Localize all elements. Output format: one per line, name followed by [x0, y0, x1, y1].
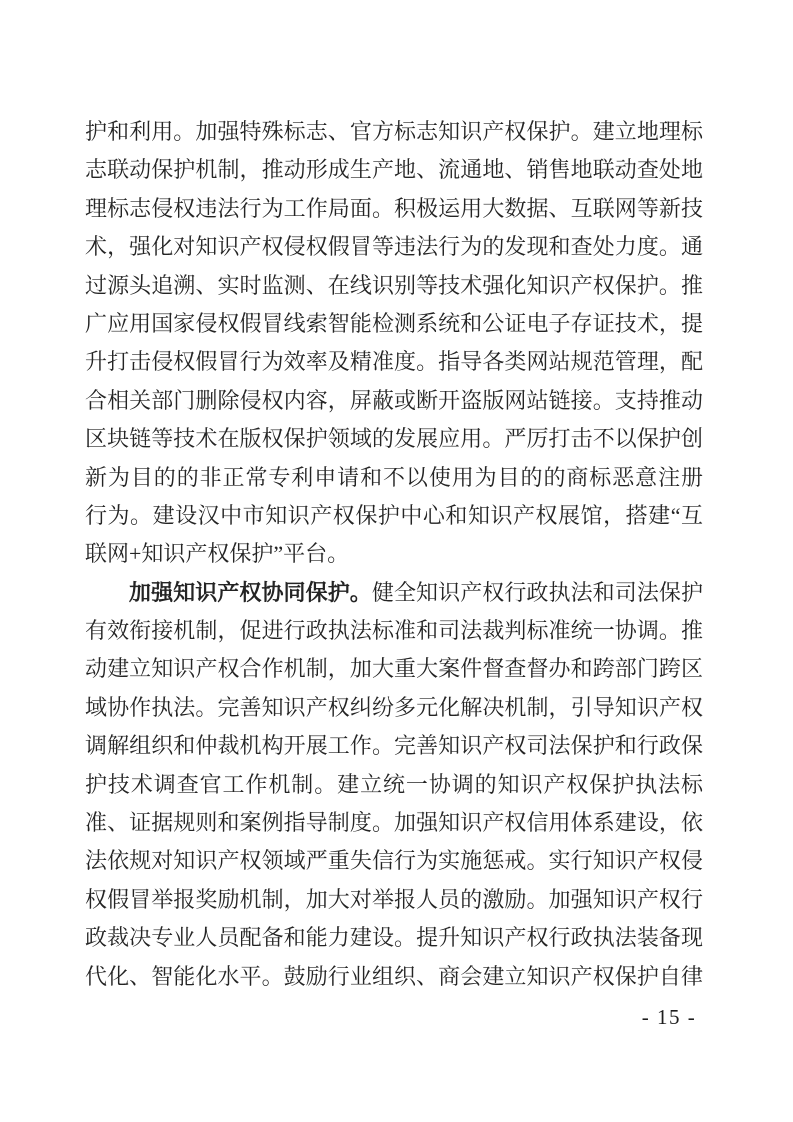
text-line: 广应用国家侵权假冒线索智能检测系统和公证电子存证技术，提 [85, 305, 703, 343]
text-line: 合相关部门删除侵权内容，屏蔽或断开盗版网站链接。支持推动 [85, 382, 703, 420]
text-line: 调解组织和仲裁机构开展工作。完善知识产权司法保护和行政保 [85, 727, 703, 765]
text-line: 护技术调查官工作机制。建立统一协调的知识产权保护执法标 [85, 766, 703, 804]
text-line: 政裁决专业人员配备和能力建设。提升知识产权行政执法装备现 [85, 919, 703, 957]
text-line: 有效衔接机制，促进行政执法标准和司法裁判标准统一协调。推 [85, 612, 703, 650]
paragraph-lead: 加强知识产权协同保护。 [129, 580, 372, 605]
text-line: 理标志侵权违法行为工作局面。积极运用大数据、互联网等新技 [85, 190, 703, 228]
text-line: 升打击侵权假冒行为效率及精准度。指导各类网站规范管理，配 [85, 343, 703, 381]
text-line: 区块链等技术在版权保护领域的发展应用。严厉打击不以保护创 [85, 420, 703, 458]
document-page: 护和利用。加强特殊标志、官方标志知识产权保护。建立地理标 志联动保护机制，推动形… [0, 0, 793, 1122]
text-line: 新为目的的非正常专利申请和不以使用为目的的商标恶意注册 [85, 459, 703, 497]
text-run: 健全知识产权行政执法和司法保护 [372, 580, 703, 605]
body-text: 护和利用。加强特殊标志、官方标志知识产权保护。建立地理标 志联动保护机制，推动形… [85, 113, 703, 996]
text-line: 术，强化对知识产权侵权假冒等违法行为的发现和查处力度。通 [85, 228, 703, 266]
page-number: - 15 - [593, 1004, 745, 1030]
text-line: 过源头追溯、实时监测、在线识别等技术强化知识产权保护。推 [85, 267, 703, 305]
text-line: 联网+知识产权保护”平台。 [85, 535, 703, 573]
text-line: 加强知识产权协同保护。健全知识产权行政执法和司法保护 [85, 574, 703, 612]
text-line: 法依规对知识产权领域严重失信行为实施惩戒。实行知识产权侵 [85, 842, 703, 880]
text-line: 护和利用。加强特殊标志、官方标志知识产权保护。建立地理标 [85, 113, 703, 151]
text-line: 动建立知识产权合作机制，加大重大案件督查督办和跨部门跨区 [85, 650, 703, 688]
text-line: 权假冒举报奖励机制，加大对举报人员的激励。加强知识产权行 [85, 881, 703, 919]
text-line: 行为。建设汉中市知识产权保护中心和知识产权展馆，搭建“互 [85, 497, 703, 535]
text-line: 域协作执法。完善知识产权纠纷多元化解决机制，引导知识产权 [85, 689, 703, 727]
text-line: 代化、智能化水平。鼓励行业组织、商会建立知识产权保护自律 [85, 958, 703, 996]
text-line: 志联动保护机制，推动形成生产地、流通地、销售地联动查处地 [85, 151, 703, 189]
text-line: 准、证据规则和案例指导制度。加强知识产权信用体系建设，依 [85, 804, 703, 842]
